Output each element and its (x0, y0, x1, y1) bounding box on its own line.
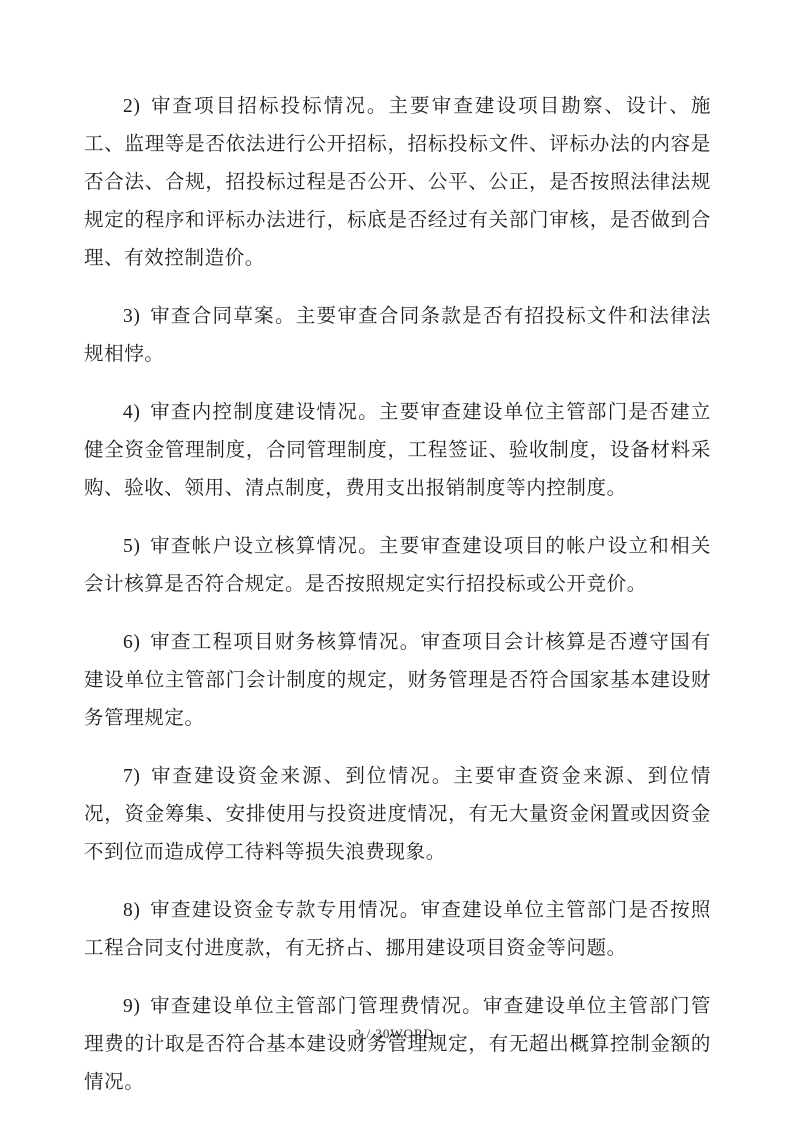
document-body: 2)审查项目招标投标情况。主要审查建设项目勘察、设计、施工、监理等是否依法进行公… (84, 88, 711, 1102)
list-marker: 5) (123, 536, 140, 557)
list-marker: 3) (123, 306, 140, 327)
list-marker: 9) (123, 996, 140, 1017)
paragraph-item-2: 2)审查项目招标投标情况。主要审查建设项目勘察、设计、施工、监理等是否依法进行公… (84, 88, 711, 278)
list-marker: 6) (123, 632, 140, 653)
list-marker: 4) (123, 402, 140, 423)
page-number: 3 / 30WORD. (355, 1026, 439, 1041)
paragraph-item-4: 4)审查内控制度建设情况。主要审查建设单位主管部门是否建立健全资金管理制度，合同… (84, 394, 711, 508)
paragraph-text: 审查帐户设立核算情况。主要审查建设项目的帐户设立和相关会计核算是否符合规定。是否… (84, 536, 711, 595)
list-marker: 7) (123, 766, 140, 787)
page-footer: 3 / 30WORD. (0, 1026, 793, 1042)
paragraph-text: 审查项目招标投标情况。主要审查建设项目勘察、设计、施工、监理等是否依法进行公开招… (84, 96, 711, 269)
paragraph-item-7: 7)审查建设资金来源、到位情况。主要审查资金来源、到位情况，资金筹集、安排使用与… (84, 758, 711, 872)
list-marker: 8) (123, 900, 140, 921)
paragraph-item-8: 8)审查建设资金专款专用情况。审查建设单位主管部门是否按照工程合同支付进度款，有… (84, 892, 711, 968)
paragraph-item-6: 6)审查工程项目财务核算情况。审查项目会计核算是否遵守国有建设单位主管部门会计制… (84, 624, 711, 738)
paragraph-text: 审查内控制度建设情况。主要审查建设单位主管部门是否建立健全资金管理制度，合同管理… (84, 402, 711, 499)
paragraph-item-9: 9)审查建设单位主管部门管理费情况。审查建设单位主管部门管理费的计取是否符合基本… (84, 988, 711, 1102)
paragraph-text: 审查工程项目财务核算情况。审查项目会计核算是否遵守国有建设单位主管部门会计制度的… (84, 632, 711, 729)
paragraph-item-5: 5)审查帐户设立核算情况。主要审查建设项目的帐户设立和相关会计核算是否符合规定。… (84, 528, 711, 604)
paragraph-text: 审查建设资金来源、到位情况。主要审查资金来源、到位情况，资金筹集、安排使用与投资… (84, 766, 711, 863)
document-page: 2)审查项目招标投标情况。主要审查建设项目勘察、设计、施工、监理等是否依法进行公… (0, 0, 793, 1122)
paragraph-text: 审查建设单位主管部门管理费情况。审查建设单位主管部门管理费的计取是否符合基本建设… (84, 996, 711, 1093)
paragraph-item-3: 3)审查合同草案。主要审查合同条款是否有招投标文件和法律法规相悖。 (84, 298, 711, 374)
paragraph-text: 审查合同草案。主要审查合同条款是否有招投标文件和法律法规相悖。 (84, 306, 711, 365)
list-marker: 2) (123, 96, 140, 117)
paragraph-text: 审查建设资金专款专用情况。审查建设单位主管部门是否按照工程合同支付进度款，有无挤… (84, 900, 711, 959)
